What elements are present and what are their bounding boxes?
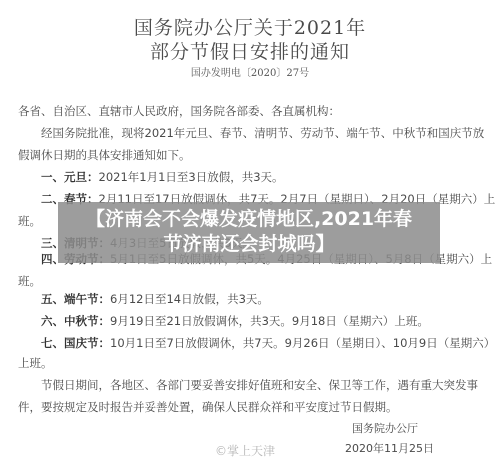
item-label: 五、端午节： <box>41 292 110 306</box>
headline-line1: 【济南会不会爆发疫情地区,2021年春 <box>58 207 440 232</box>
item-text: 2021年1月1日至3日放假，共3天。 <box>99 170 284 184</box>
signature: 国务院办公厅 <box>352 420 418 436</box>
intro-line1: 经国务院批准，现将2021年元旦、春节、清明节、劳动节、端午节、中秋节和国庆节放 <box>41 126 484 140</box>
item-labor-day-cont: 班。 <box>18 274 41 288</box>
document-title-line1: 国务院办公厅关于2021年 <box>0 17 500 39</box>
item-text: 6月12日至14日放假，共3天。 <box>110 292 269 306</box>
item-new-year: 一、元旦：2021年1月1日至3日放假，共3天。 <box>41 170 284 184</box>
item-text: 10月1日至7日放假调休，共7天。9月26日（星期日）、10月9日（星期六） <box>110 336 495 350</box>
item-national-day-cont: 上班。 <box>18 356 53 370</box>
headline-line2: 节济南还会封城吗】 <box>58 232 440 257</box>
closing-line2: 件，要按规定及时报告并妥善处置，确保人民群众祥和平安度过节日假期。 <box>18 400 398 414</box>
item-label: 一、元旦： <box>41 170 99 184</box>
headline-overlay: 【济南会不会爆发疫情地区,2021年春 节济南还会封城吗】 <box>58 202 440 263</box>
closing-line1: 节假日期间，各地区、各部门要妥善安排好值班和安全、保卫等工作，遇有重大突发事 <box>41 378 478 392</box>
item-label: 七、国庆节： <box>41 336 110 350</box>
document-title-line2: 部分节假日安排的通知 <box>0 41 500 63</box>
item-spring-festival-cont: 班。 <box>18 214 41 228</box>
item-dragon-boat: 五、端午节：6月12日至14日放假，共3天。 <box>41 292 269 306</box>
item-label: 六、中秋节： <box>41 314 110 328</box>
watermark: ©掌上天津 <box>215 442 275 459</box>
issue-date: 2020年11月25日 <box>345 440 434 456</box>
item-national-day: 七、国庆节：10月1日至7日放假调休，共7天。9月26日（星期日）、10月9日（… <box>41 336 495 350</box>
item-mid-autumn: 六、中秋节：9月19日至21日放假调休，共3天。9月18日（星期六）上班。 <box>41 314 429 328</box>
document-number: 国办发明电〔2020〕27号 <box>0 68 500 80</box>
salutation: 各省、自治区、直辖市人民政府，国务院各部委、各直属机构： <box>18 104 340 118</box>
intro-line2: 假调休日期的具体安排通知如下。 <box>18 148 191 162</box>
item-text: 9月19日至21日放假调休，共3天。9月18日（星期六）上班。 <box>110 314 429 328</box>
